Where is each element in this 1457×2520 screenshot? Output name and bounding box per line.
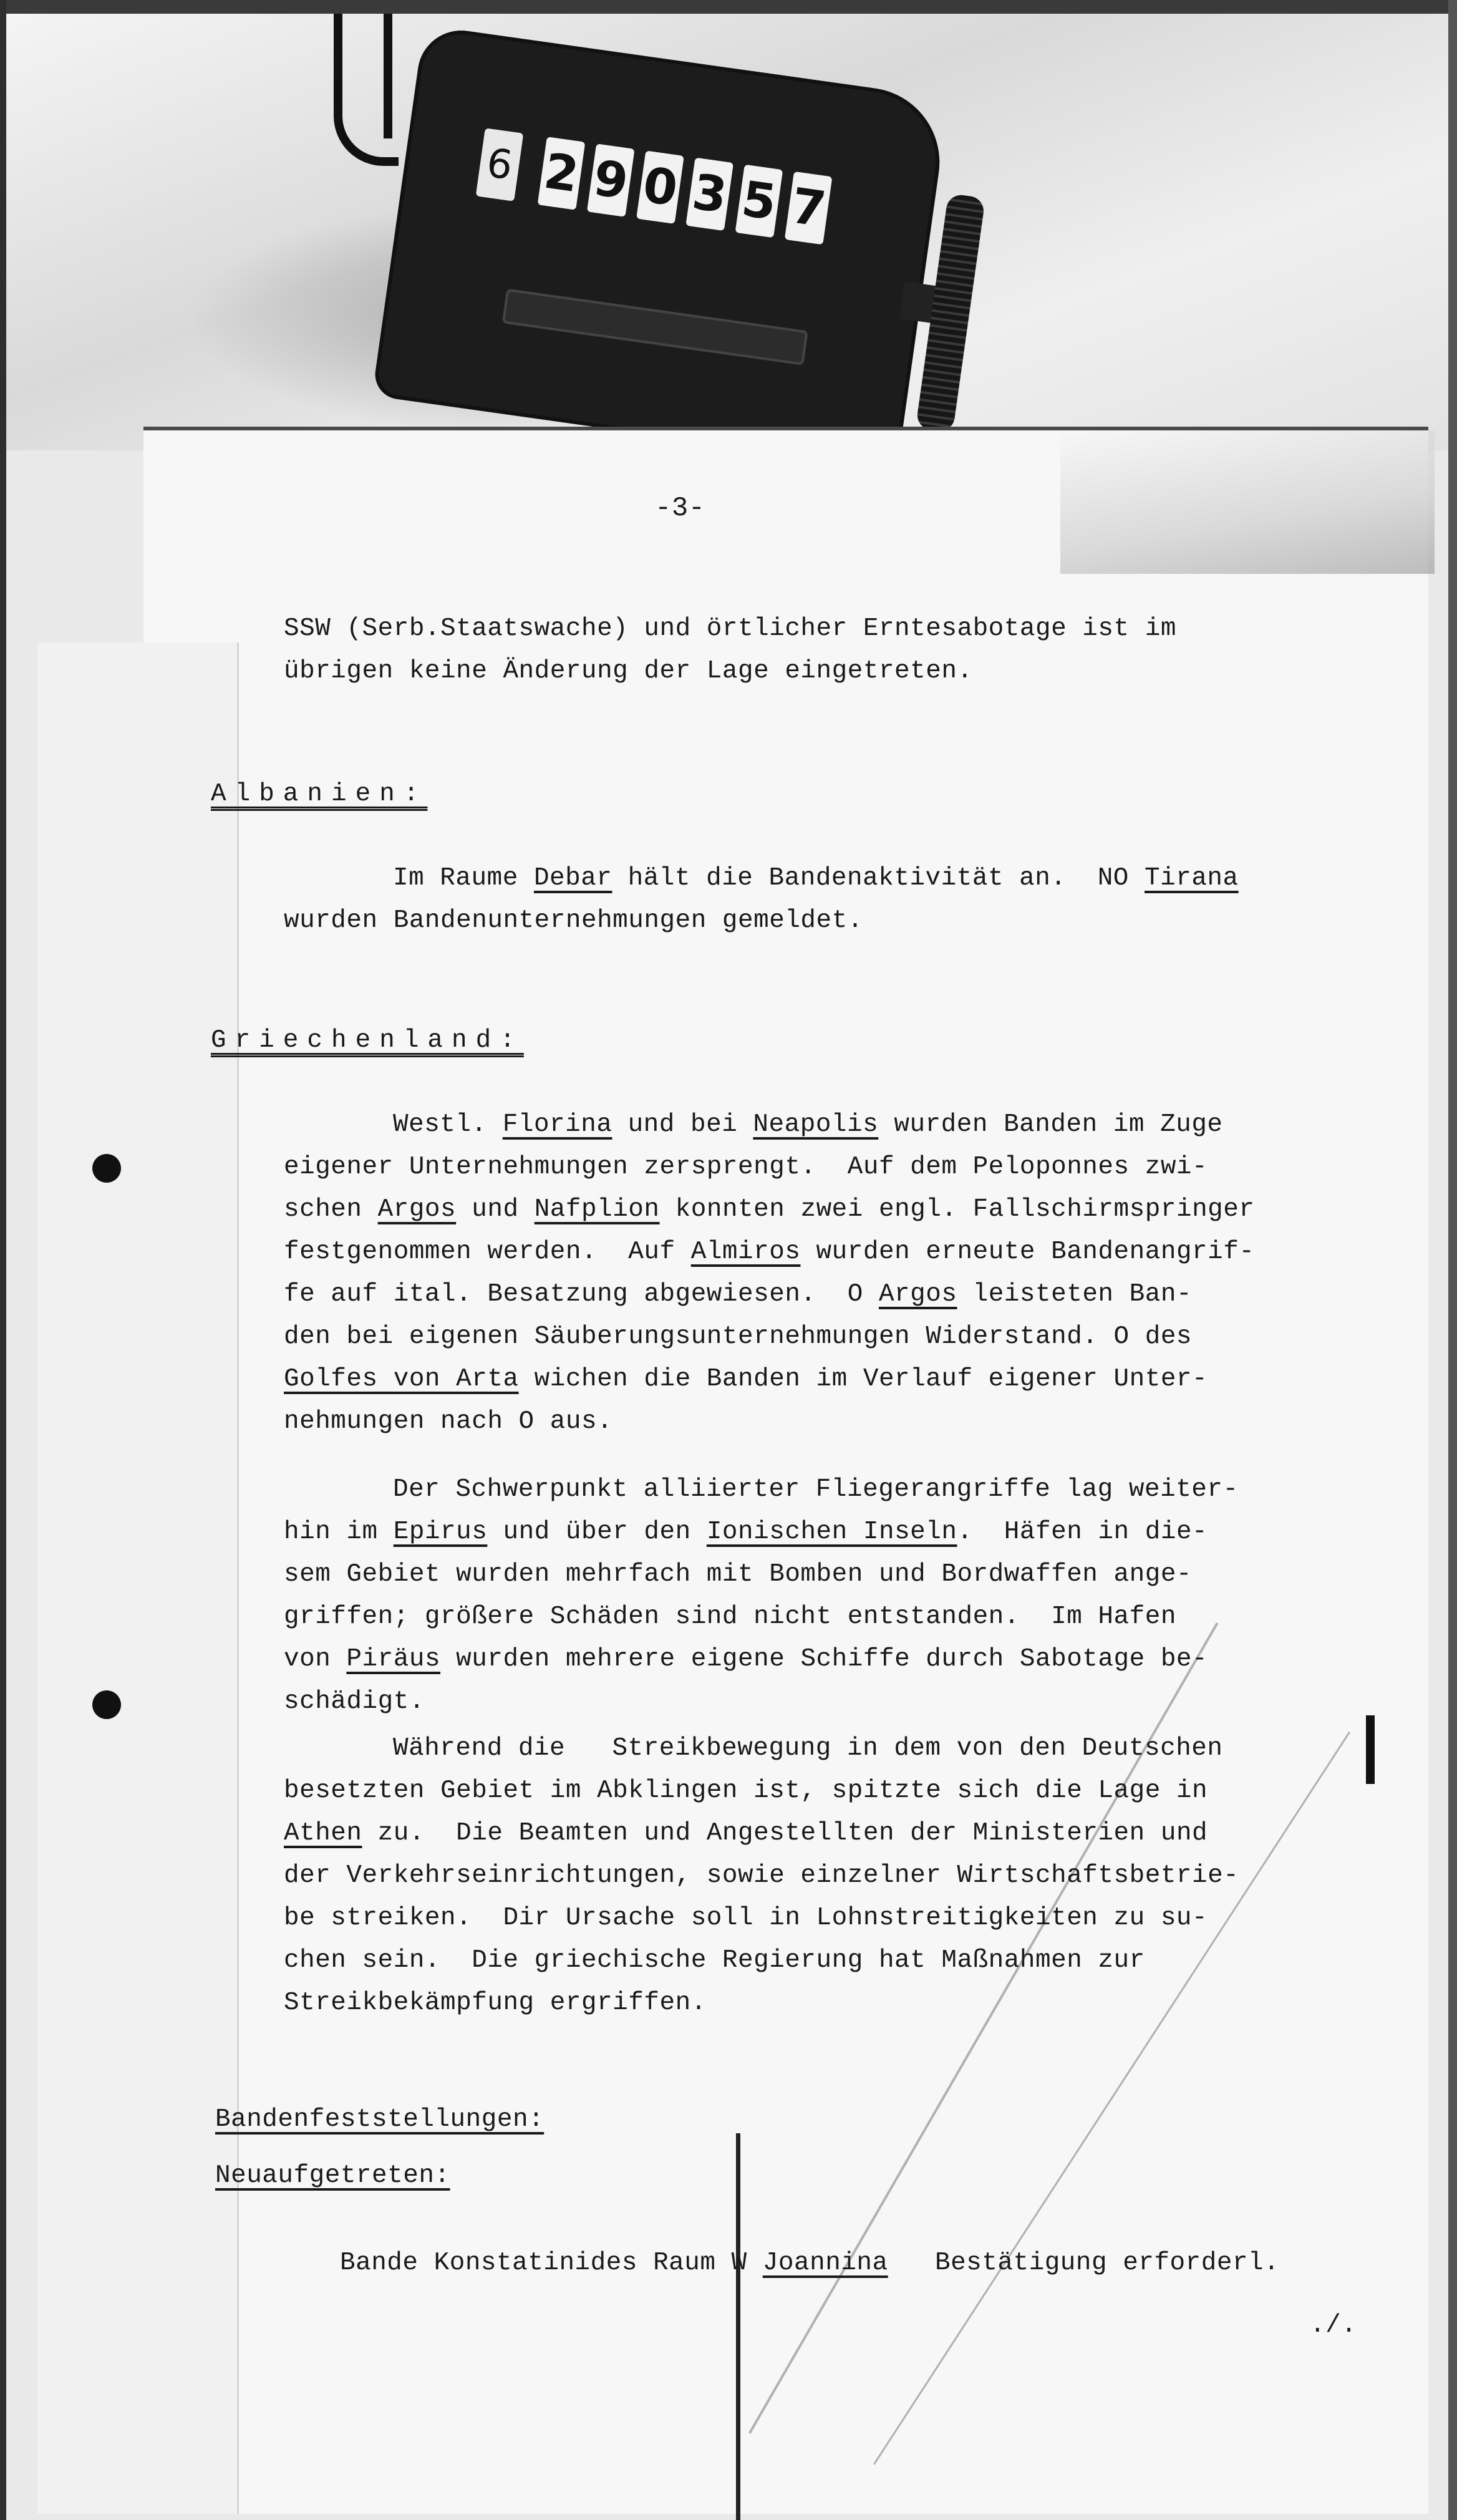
document-text: -3- SSW (Serb.Staatswache) und örtlicher… [0, 0, 1457, 2520]
text-line: schädigt. [284, 1687, 425, 1716]
text-line: Westl. Florina und bei Neapolis wurden B… [393, 1110, 1223, 1139]
place-name: Ionischen Inseln [707, 1518, 957, 1546]
text-segment: wichen die Banden im Verlauf eigener Unt… [519, 1365, 1208, 1393]
place-name: Athen [284, 1819, 362, 1848]
text-line: eigener Unternehmungen zersprengt. Auf d… [284, 1153, 1208, 1181]
text-segment: und über den [487, 1518, 706, 1546]
text-segment: wurden Banden im Zuge [878, 1110, 1222, 1139]
place-name: Tirana [1145, 864, 1239, 893]
intro-line: übrigen keine Änderung der Lage eingetre… [284, 657, 973, 686]
section-heading: Albanien: [211, 780, 427, 808]
text-line: wurden Bandenunternehmungen gemeldet. [284, 906, 863, 935]
place-name: Argos [378, 1195, 457, 1224]
text-segment: leisteten Ban- [957, 1280, 1192, 1309]
text-line: chen sein. Die griechische Regierung hat… [284, 1946, 1145, 1975]
text-line: Im Raume Debar hält die Bandenaktivität … [393, 864, 1239, 893]
text-segment: und [456, 1195, 535, 1224]
text-segment: Bestätigung erforderl. [888, 2249, 1280, 2277]
text-segment: nehmungen nach O aus. [284, 1407, 612, 1436]
place-name: Neapolis [753, 1110, 878, 1139]
text-segment: Bande Konstatinides Raum W [340, 2249, 763, 2277]
text-segment: Im Raume [393, 864, 534, 893]
place-name: Piräus [346, 1645, 440, 1674]
text-line: nehmungen nach O aus. [284, 1407, 612, 1436]
text-segment: eigener Unternehmungen zersprengt. Auf d… [284, 1153, 1208, 1181]
text-line: schen Argos und Nafplion konnten zwei en… [284, 1195, 1254, 1224]
text-line: der Verkehrseinrichtungen, sowie einzeln… [284, 1861, 1239, 1890]
text-segment: der Verkehrseinrichtungen, sowie einzeln… [284, 1861, 1239, 1890]
findings-heading: Bandenfeststellungen: [215, 2105, 544, 2134]
findings-subheading: Neuaufgetreten: [215, 2161, 450, 2190]
text-segment: und bei [612, 1110, 753, 1139]
intro-line: SSW (Serb.Staatswache) und örtlicher Ern… [284, 614, 1176, 643]
text-line: sem Gebiet wurden mehrfach mit Bomben un… [284, 1560, 1192, 1589]
section-heading: Griechenland: [211, 1026, 524, 1055]
place-name: Debar [534, 864, 612, 893]
text-segment: konnten zwei engl. Fallschirmspringer [660, 1195, 1255, 1224]
text-segment: griffen; größere Schäden sind nicht ents… [284, 1602, 1176, 1631]
text-segment: Während die Streikbewegung in dem von de… [393, 1734, 1223, 1763]
text-line: Der Schwerpunkt alliierter Fliegerangrif… [393, 1475, 1239, 1504]
text-line: Athen zu. Die Beamten und Angestellten d… [284, 1819, 1208, 1848]
text-segment: wurden Bandenunternehmungen gemeldet. [284, 906, 863, 935]
text-segment: den bei eigenen Säuberungsunternehmungen… [284, 1322, 1192, 1351]
text-line: festgenommen werden. Auf Almiros wurden … [284, 1238, 1254, 1266]
place-name: Joannina [763, 2249, 888, 2277]
text-line: griffen; größere Schäden sind nicht ents… [284, 1602, 1176, 1631]
text-line: den bei eigenen Säuberungsunternehmungen… [284, 1322, 1192, 1351]
text-segment: übrigen keine Änderung der Lage eingetre… [284, 657, 973, 686]
place-name: Nafplion [535, 1195, 660, 1224]
text-line: Golfes von Arta wichen die Banden im Ver… [284, 1365, 1208, 1393]
page-number: -3- [655, 493, 705, 524]
place-name: Almiros [691, 1238, 801, 1266]
text-segment: . Häfen in die- [957, 1518, 1208, 1546]
continuation-mark: ./. [1310, 2311, 1357, 2340]
text-segment: schädigt. [284, 1687, 425, 1716]
place-name: Golfes von Arta [284, 1365, 519, 1393]
text-segment: sem Gebiet wurden mehrfach mit Bomben un… [284, 1560, 1192, 1589]
text-segment: Streikbekämpfung ergriffen. [284, 1989, 707, 2017]
text-segment: wurden mehrere eigene Schiffe durch Sabo… [440, 1645, 1208, 1674]
place-name: Argos [879, 1280, 957, 1309]
text-segment: be streiken. Dir Ursache soll in Lohnstr… [284, 1904, 1208, 1932]
text-segment: Der Schwerpunkt alliierter Fliegerangrif… [393, 1475, 1239, 1504]
text-line: hin im Epirus und über den Ionischen Ins… [284, 1518, 1208, 1546]
text-segment: Westl. [393, 1110, 503, 1139]
text-line: von Piräus wurden mehrere eigene Schiffe… [284, 1645, 1208, 1674]
text-line: fe auf ital. Besatzung abgewiesen. O Arg… [284, 1280, 1192, 1309]
text-line: be streiken. Dir Ursache soll in Lohnstr… [284, 1904, 1208, 1932]
place-name: Epirus [394, 1518, 488, 1546]
text-line: Während die Streikbewegung in dem von de… [393, 1734, 1223, 1763]
findings-entry: Bande Konstatinides Raum W Joannina Best… [340, 2249, 1279, 2277]
place-name: Florina [503, 1110, 612, 1139]
text-segment: besetzten Gebiet im Abklingen ist, spitz… [284, 1776, 1208, 1805]
text-segment: fe auf ital. Besatzung abgewiesen. O [284, 1280, 879, 1309]
text-segment: von [284, 1645, 346, 1674]
text-segment: festgenommen werden. Auf [284, 1238, 691, 1266]
text-segment: zu. Die Beamten und Angestellten der Min… [362, 1819, 1208, 1848]
text-segment: hin im [284, 1518, 394, 1546]
text-segment: wurden erneute Bandenangrif- [800, 1238, 1254, 1266]
text-segment: chen sein. Die griechische Regierung hat… [284, 1946, 1145, 1975]
text-line: besetzten Gebiet im Abklingen ist, spitz… [284, 1776, 1208, 1805]
text-segment: schen [284, 1195, 378, 1224]
text-segment: hält die Bandenaktivität an. NO [612, 864, 1145, 893]
text-segment: SSW (Serb.Staatswache) und örtlicher Ern… [284, 614, 1176, 643]
text-line: Streikbekämpfung ergriffen. [284, 1989, 707, 2017]
